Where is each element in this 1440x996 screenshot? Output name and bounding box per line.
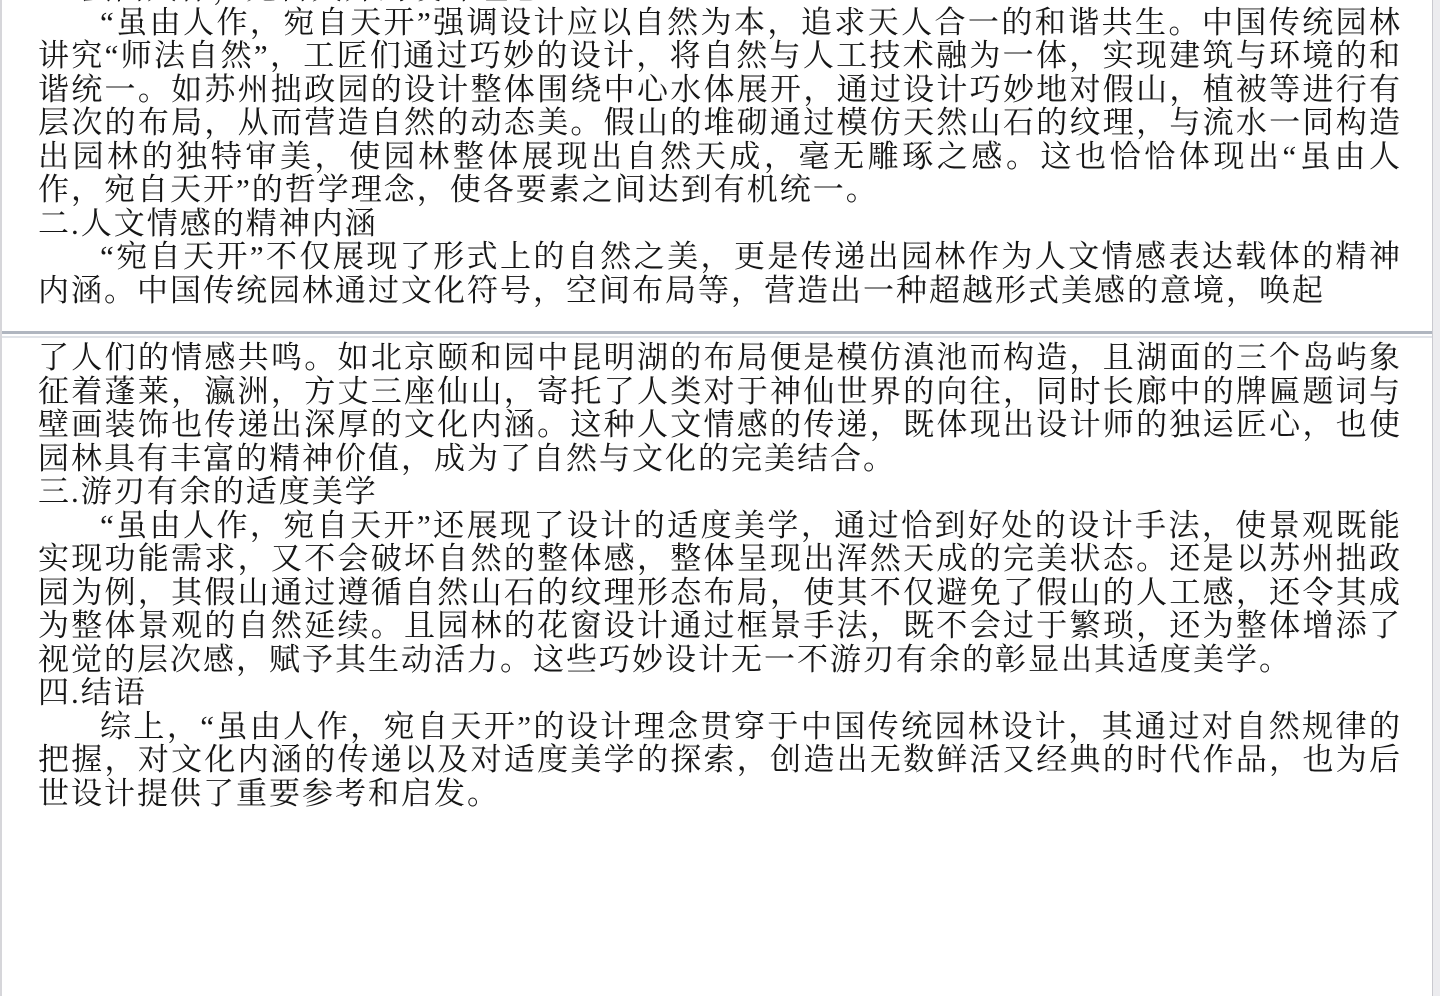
page-break-rule-light — [0, 336, 1440, 338]
document-viewport: 一.虽由人作，宛自天开的设计理念 “虽由人作，宛自天开”强调设计应以自然为本，追… — [0, 0, 1440, 996]
document-page-1: 一.虽由人作，宛自天开的设计理念 “虽由人作，宛自天开”强调设计应以自然为本，追… — [2, 0, 1432, 331]
paragraph-humanistic-emotion-start: “宛自天开”不仅展现了形式上的自然之美，更是传递出园林作为人文情感表达载体的精神… — [38, 240, 1402, 307]
paragraph-moderation-aesthetics: “虽由人作，宛自天开”还展现了设计的适度美学，通过恰到好处的设计手法，使景观既能… — [38, 509, 1402, 677]
section-heading-4: 四.结语 — [38, 676, 1402, 710]
page-left-edge — [0, 0, 2, 996]
section-heading-3: 三.游刃有余的适度美学 — [38, 475, 1402, 509]
document-page-2: 了人们的情感共鸣。如北京颐和园中昆明湖的布局便是模仿滇池而构造，且湖面的三个岛屿… — [2, 339, 1432, 996]
page-2-text-area: 了人们的情感共鸣。如北京颐和园中昆明湖的布局便是模仿滇池而构造，且湖面的三个岛屿… — [38, 341, 1402, 810]
paragraph-humanistic-emotion-continued: 了人们的情感共鸣。如北京颐和园中昆明湖的布局便是模仿滇池而构造，且湖面的三个岛屿… — [38, 341, 1402, 475]
page-right-edge — [1432, 0, 1440, 996]
page-break-divider — [0, 331, 1440, 339]
paragraph-conclusion: 综上，“虽由人作，宛自天开”的设计理念贯穿于中国传统园林设计，其通过对自然规律的… — [38, 710, 1402, 811]
paragraph-nature-philosophy: “虽由人作，宛自天开”强调设计应以自然为本，追求天人合一的和谐共生。中国传统园林… — [38, 6, 1402, 207]
section-heading-2: 二.人文情感的精神内涵 — [38, 207, 1402, 241]
page-1-text-area: 一.虽由人作，宛自天开的设计理念 “虽由人作，宛自天开”强调设计应以自然为本，追… — [38, 0, 1402, 307]
page-break-rule-dark — [0, 331, 1440, 334]
